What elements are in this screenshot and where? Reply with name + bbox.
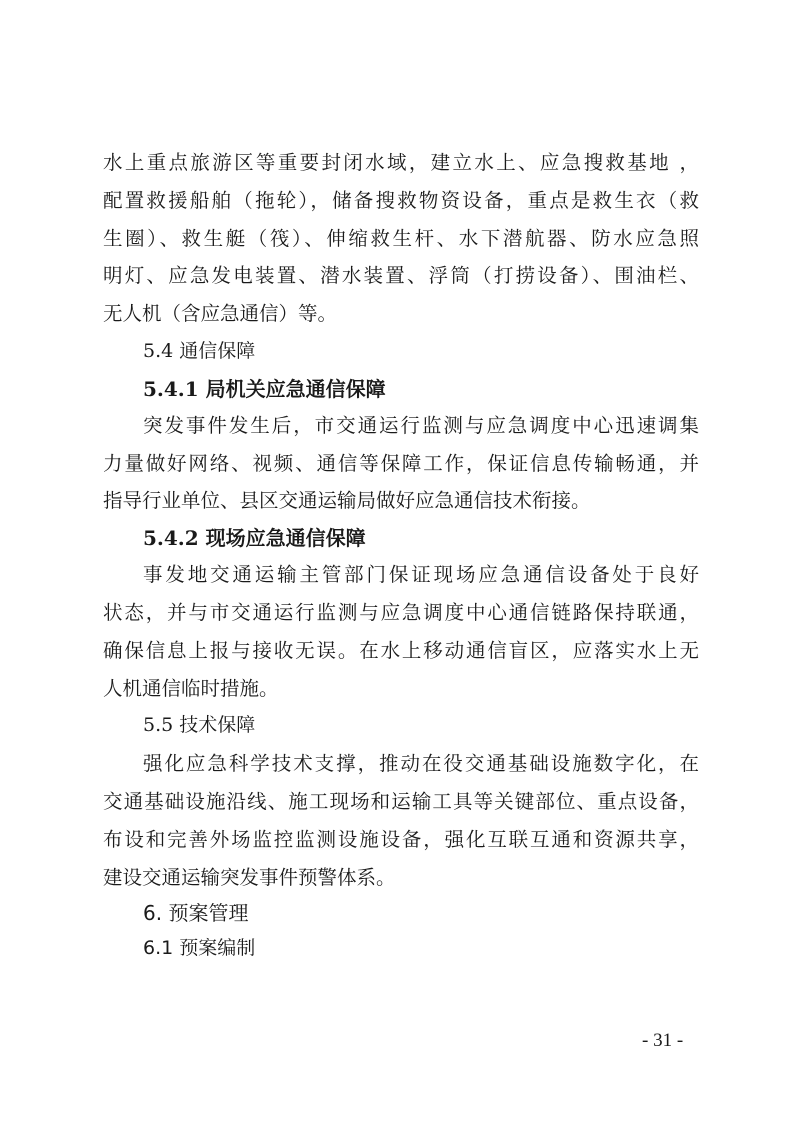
text-line: 布设和完善外场监控监测设施设备，强化互联互通和资源共享， [103,821,699,859]
text-line: 建设交通运输突发事件预警体系。 [103,859,699,897]
text-line: 交通基础设施沿线、施工现场和运输工具等关键部位、重点设备， [103,783,699,821]
text-line: 水上重点旅游区等重要封闭水域，建立水上、应急搜救基地 ， [103,144,699,182]
document-page: 水上重点旅游区等重要封闭水域，建立水上、应急搜救基地 ， 配置救援船舶（拖轮），… [103,144,699,966]
section-heading-5-4: 5.4 通信保障 [103,333,699,371]
text-line: 无人机（含应急通信）等。 [103,295,699,333]
paragraph-rescue-base: 水上重点旅游区等重要封闭水域，建立水上、应急搜救基地 ， 配置救援船舶（拖轮），… [103,144,699,333]
section-heading-5-4-1: 5.4.1 局机关应急通信保障 [103,371,699,407]
text-line: 事发地交通运输主管部门保证现场应急通信设备处于良好 [103,556,699,594]
paragraph-onsite-communication: 事发地交通运输主管部门保证现场应急通信设备处于良好 状态，并与市交通运行监测与应… [103,556,699,707]
text-line: 强化应急科学技术支撑，推动在役交通基础设施数字化，在 [103,745,699,783]
text-line: 人机通信临时措施。 [103,670,699,708]
text-line: 指导行业单位、县区交通运输局做好应急通信技术衔接。 [103,482,699,520]
text-line: 力量做好网络、视频、通信等保障工作，保证信息传输畅通，并 [103,445,699,483]
paragraph-technical-support: 强化应急科学技术支撑，推动在役交通基础设施数字化，在 交通基础设施沿线、施工现场… [103,745,699,896]
section-heading-6-1: 6.1 预案编制 [103,931,699,966]
text-line: 状态，并与市交通运行监测与应急调度中心通信链路保持联通， [103,594,699,632]
section-heading-5-5: 5.5 技术保障 [103,707,699,745]
text-line: 生圈）、救生艇（筏）、伸缩救生杆、水下潜航器、防水应急照 [103,220,699,258]
text-line: 确保信息上报与接收无误。在水上移动通信盲区，应落实水上无 [103,632,699,670]
text-line: 配置救援船舶（拖轮），储备搜救物资设备，重点是救生衣（救 [103,182,699,220]
section-heading-5-4-2: 5.4.2 现场应急通信保障 [103,520,699,556]
text-line: 突发事件发生后，市交通运行监测与应急调度中心迅速调集 [103,407,699,445]
section-heading-6: 6. 预案管理 [103,896,699,931]
paragraph-agency-communication: 突发事件发生后，市交通运行监测与应急调度中心迅速调集 力量做好网络、视频、通信等… [103,407,699,520]
page-number: - 31 - [642,1030,683,1052]
text-line: 明灯、应急发电装置、潜水装置、浮筒（打捞设备）、围油栏、 [103,257,699,295]
